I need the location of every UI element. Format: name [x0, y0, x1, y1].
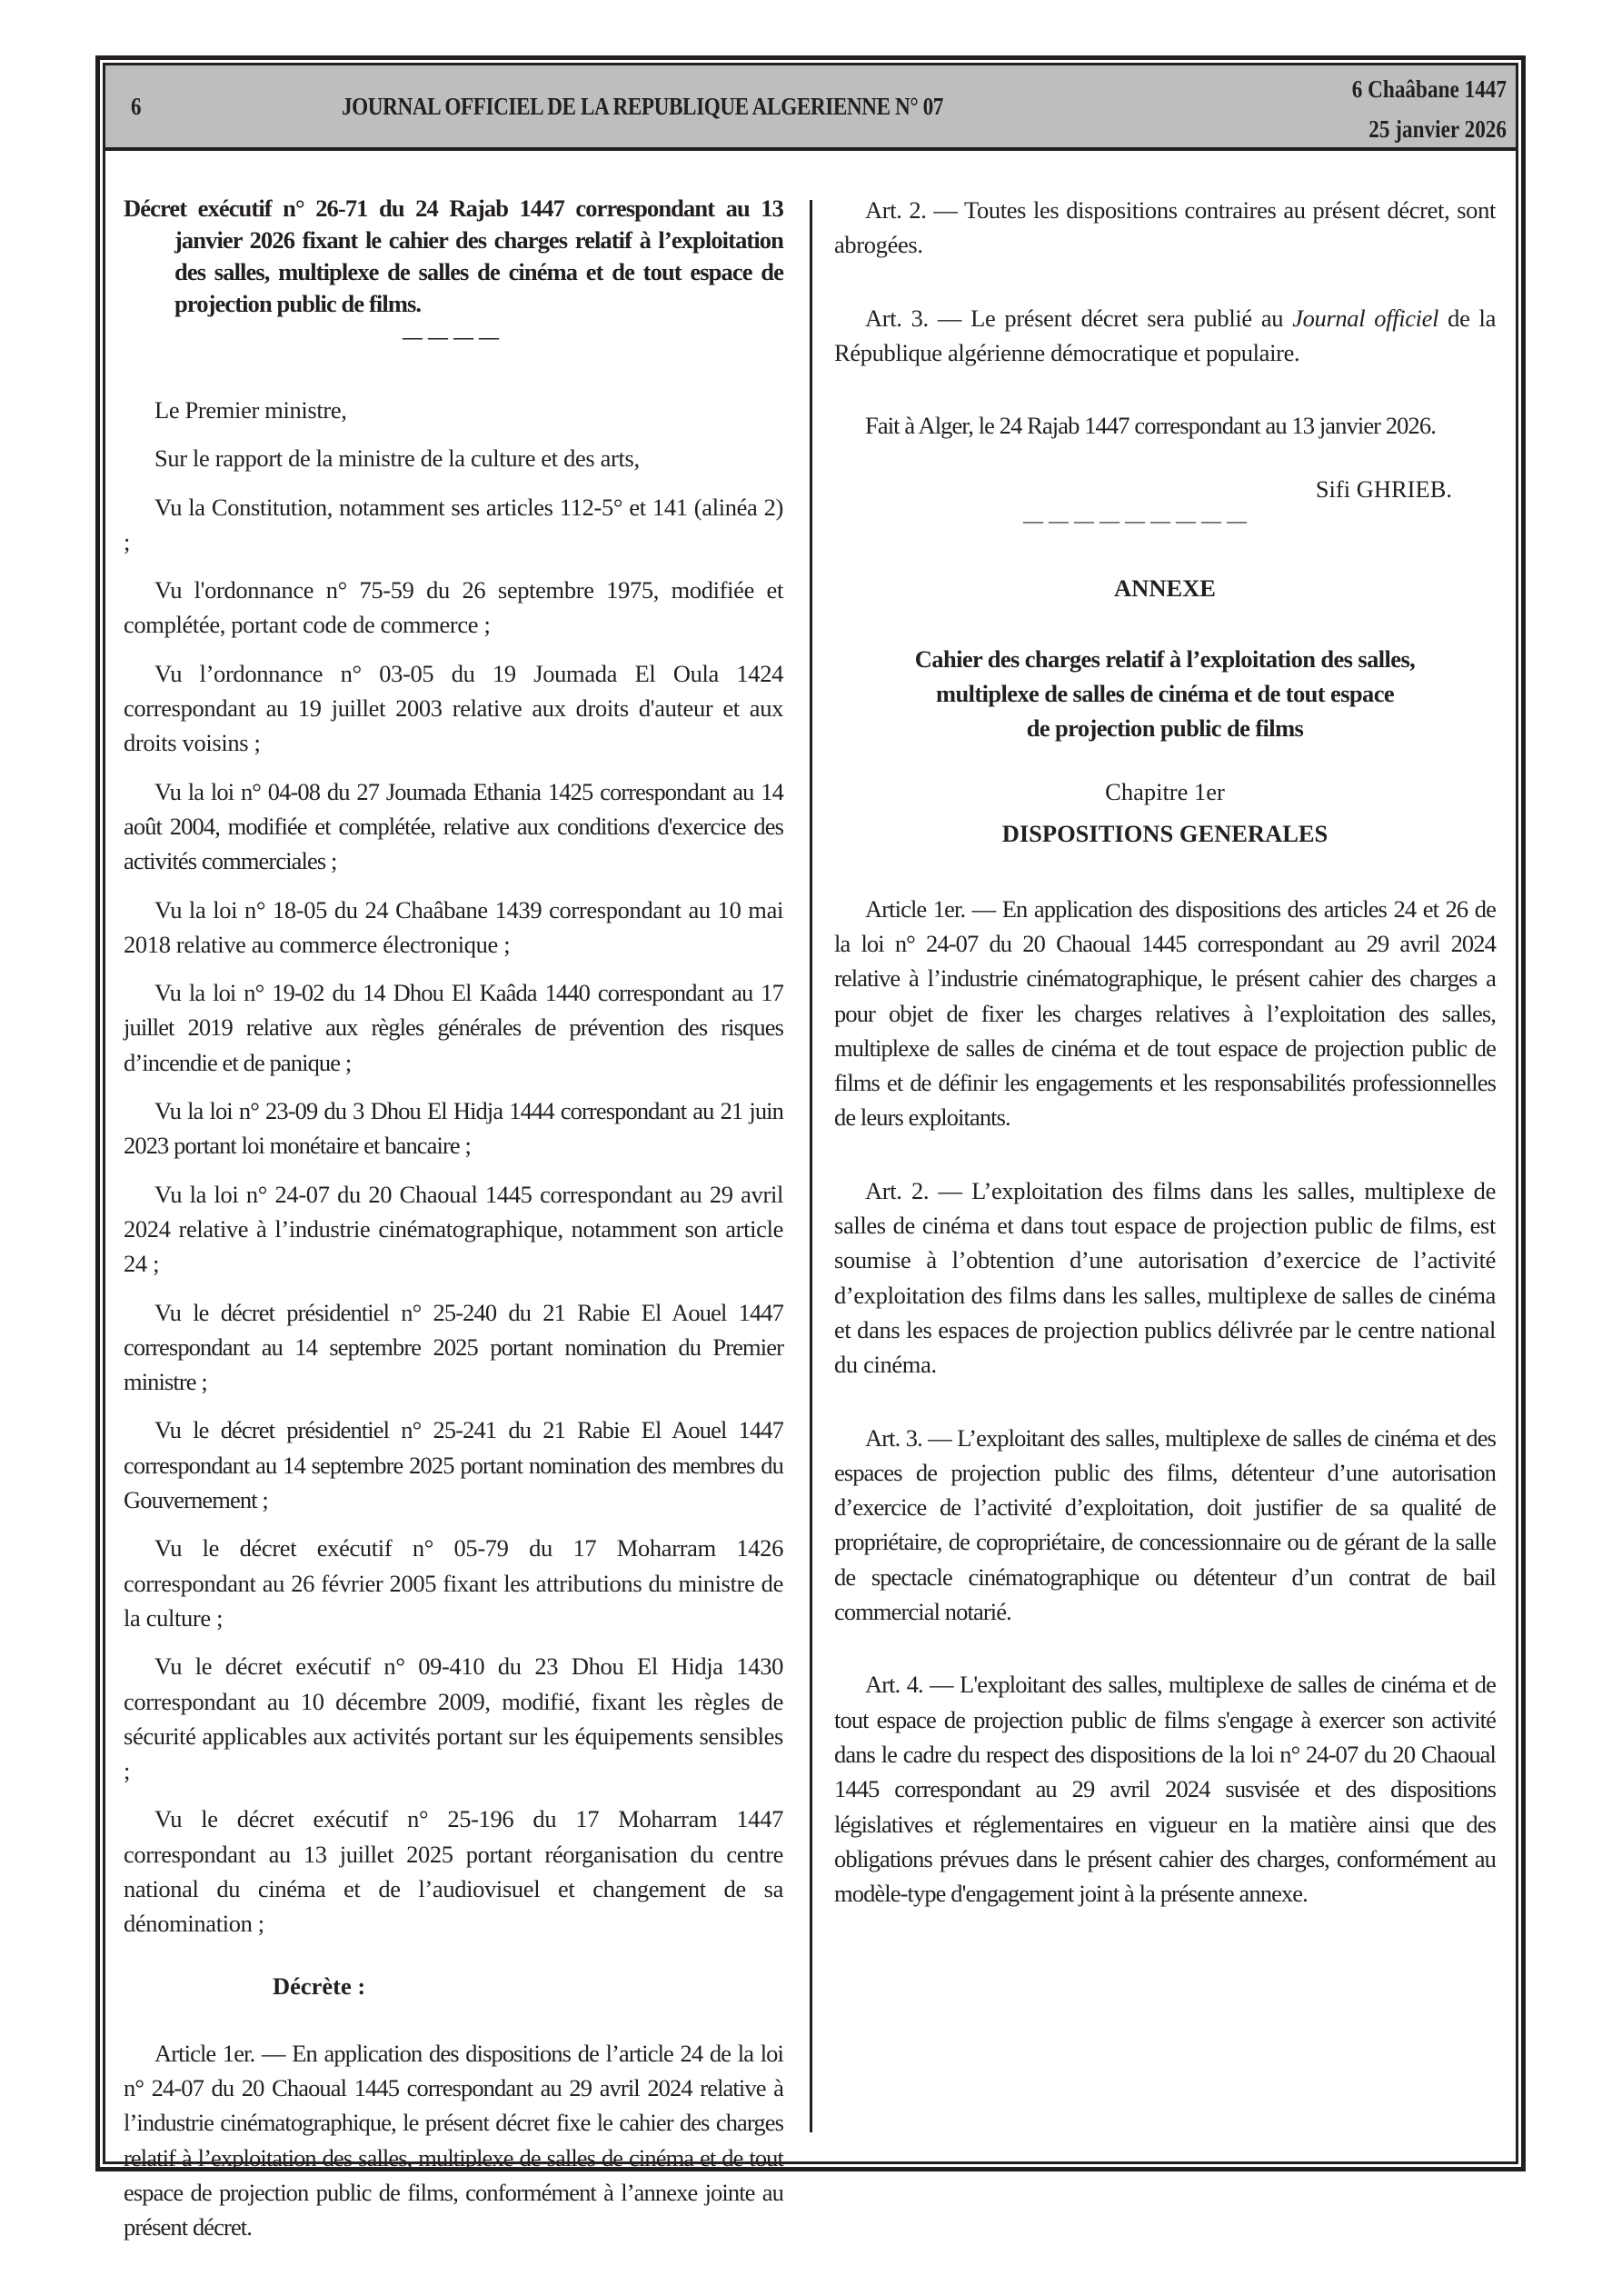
page-number: 6 [131, 93, 141, 121]
visa-ordonnance-75-59: Vu l'ordonnance n° 75-59 du 26 septembre… [124, 573, 783, 643]
article-3-prefix: Art. 3. — Le présent décret sera publié … [865, 304, 1292, 332]
visa-decret-25-196: Vu le décret exécutif n° 25-196 du 17 Mo… [124, 1802, 783, 1941]
journal-header: 6 JOURNAL OFFICIEL DE LA REPUBLIQUE ALGE… [105, 65, 1516, 151]
signature: Sifi GHRIEB. [834, 472, 1496, 506]
right-column: Art. 2. — Toutes les dispositions contra… [834, 193, 1496, 1924]
visa-loi-23-09: Vu la loi n° 23-09 du 3 Dhou El Hidja 14… [124, 1093, 783, 1163]
visa-loi-18-05: Vu la loi n° 18-05 du 24 Chaâbane 1439 c… [124, 893, 783, 963]
article-2: Art. 2. — Toutes les dispositions contra… [834, 193, 1496, 263]
premier-ministre: Le Premier ministre, [124, 393, 783, 427]
separator-dashes: ———— [124, 327, 783, 347]
visa-constitution: Vu la Constitution, notamment ses articl… [124, 490, 783, 560]
visa-decret-09-410: Vu le décret exécutif n° 09-410 du 23 Dh… [124, 1649, 783, 1788]
decree-title: Décret exécutif n° 26-71 du 24 Rajab 144… [124, 193, 783, 320]
annexe-title-line: Cahier des charges relatif à l’exploitat… [834, 642, 1496, 676]
annex-article-1: Article 1er. — En application des dispos… [834, 892, 1496, 1135]
hijri-date: 6 Chaâbane 1447 [1352, 69, 1507, 109]
rapport: Sur le rapport de la ministre de la cult… [124, 441, 783, 475]
article-3: Art. 3. — Le présent décret sera publié … [834, 301, 1496, 371]
annex-article-2: Art. 2. — L’exploitation des films dans … [834, 1173, 1496, 1383]
visa-decret-25-241: Vu le décret présidentiel n° 25-241 du 2… [124, 1413, 783, 1517]
issue-dates: 6 Chaâbane 1447 25 janvier 2026 [1352, 69, 1507, 149]
annexe-title-line: de projection public de films [834, 711, 1496, 745]
visa-decret-25-240: Vu le décret présidentiel n° 25-240 du 2… [124, 1295, 783, 1400]
visa-ordonnance-03-05: Vu l’ordonnance n° 03-05 du 19 Joumada E… [124, 656, 783, 761]
article-1: Article 1er. — En application des dispos… [124, 2036, 783, 2245]
visa-loi-04-08: Vu la loi n° 04-08 du 27 Joumada Ethania… [124, 774, 783, 879]
annexe-title-line: multiplexe de salles de cinéma et de tou… [834, 676, 1496, 711]
annex-article-4: Art. 4. — L'exploitant des salles, multi… [834, 1667, 1496, 1911]
chapitre-label: Chapitre 1er [834, 774, 1496, 809]
separator-dashes-right: ————————— [834, 511, 1496, 531]
visa-loi-19-02: Vu la loi n° 19-02 du 14 Dhou El Kaâda 1… [124, 975, 783, 1080]
annexe-title: Cahier des charges relatif à l’exploitat… [834, 642, 1496, 745]
chapitre-title: DISPOSITIONS GENERALES [834, 816, 1496, 851]
annexe-label: ANNEXE [834, 571, 1496, 605]
journal-title: JOURNAL OFFICIEL DE LA REPUBLIQUE ALGERI… [342, 93, 943, 121]
annex-article-3: Art. 3. — L’exploitant des salles, multi… [834, 1421, 1496, 1630]
visa-loi-24-07: Vu la loi n° 24-07 du 20 Chaoual 1445 co… [124, 1177, 783, 1282]
journal-officiel-italic: Journal officiel [1292, 304, 1438, 332]
visa-decret-05-79: Vu le décret exécutif n° 05-79 du 17 Moh… [124, 1531, 783, 1635]
column-divider [810, 200, 812, 2132]
fait-a-alger: Fait à Alger, le 24 Rajab 1447 correspon… [834, 408, 1496, 443]
left-column: Décret exécutif n° 26-71 du 24 Rajab 144… [124, 193, 783, 2259]
decrete-heading: Décrète : [124, 1969, 783, 2003]
gregorian-date: 25 janvier 2026 [1352, 109, 1507, 149]
